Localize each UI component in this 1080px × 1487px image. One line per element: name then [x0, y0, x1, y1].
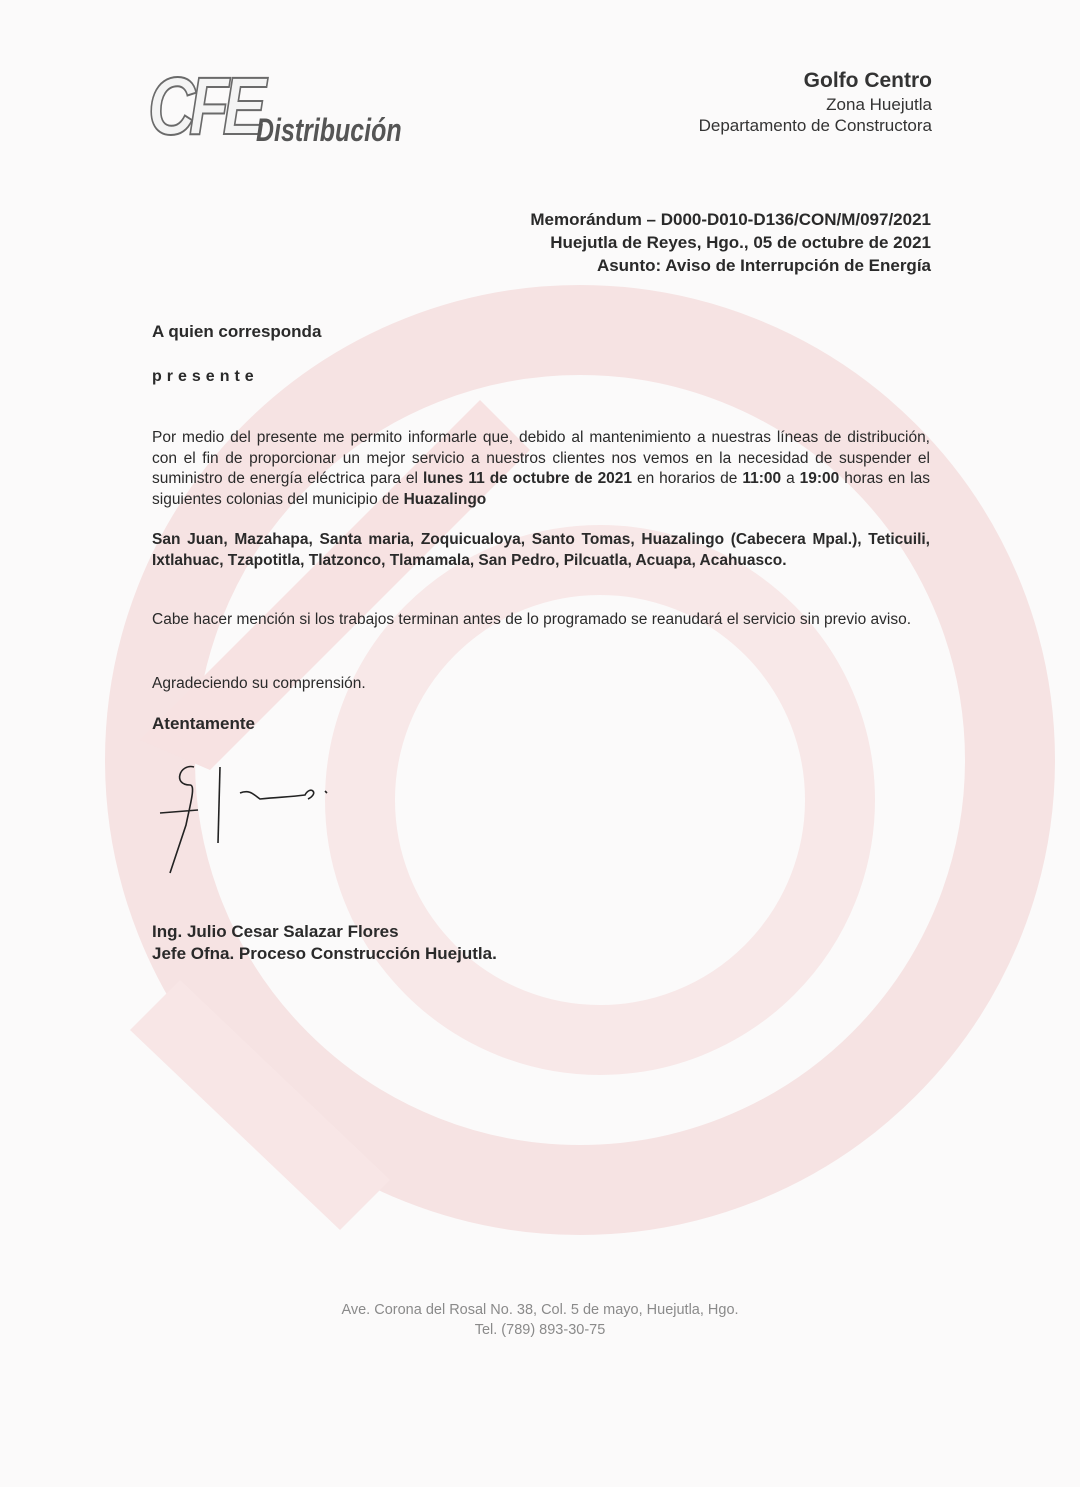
- paragraph-notice: Por medio del presente me permito inform…: [152, 428, 930, 510]
- zone-name: Zona Huejutla: [699, 94, 932, 115]
- signer-name: Ing. Julio Cesar Salazar Flores: [152, 921, 497, 943]
- footer-address: Ave. Corona del Rosal No. 38, Col. 5 de …: [0, 1300, 1080, 1320]
- outage-date: lunes 11 de octubre de 2021: [423, 470, 632, 487]
- closing: Atentamente: [152, 714, 255, 734]
- memo-subject: Asunto: Aviso de Interrupción de Energía: [530, 254, 931, 277]
- municipality: Huazalingo: [404, 491, 487, 508]
- start-time: 11:00: [742, 470, 781, 487]
- logo-cfe-text: CFE: [148, 66, 260, 148]
- salutation: presente: [152, 368, 259, 386]
- paragraph-thanks: Agradeciendo su comprensión.: [152, 674, 930, 695]
- paragraph-resume-note: Cabe hacer mención si los trabajos termi…: [152, 610, 930, 631]
- footer: Ave. Corona del Rosal No. 38, Col. 5 de …: [0, 1300, 1080, 1340]
- handwritten-signature: [150, 755, 410, 875]
- end-time: 19:00: [800, 470, 840, 487]
- notice-text: a: [781, 470, 800, 487]
- memo-place-date: Huejutla de Reyes, Hgo., 05 de octubre d…: [530, 231, 931, 254]
- signer-block: Ing. Julio Cesar Salazar Flores Jefe Ofn…: [152, 921, 497, 965]
- letterhead-info: Golfo Centro Zona Huejutla Departamento …: [699, 68, 932, 136]
- memo-header: Memorándum – D000-D010-D136/CON/M/097/20…: [530, 208, 931, 277]
- cfe-distribucion-logo: CFE Distribución: [148, 66, 398, 156]
- signer-title: Jefe Ofna. Proceso Construcción Huejutla…: [152, 943, 497, 965]
- paragraph-colonias: San Juan, Mazahapa, Santa maria, Zoquicu…: [152, 530, 930, 571]
- notice-text: en horarios de: [632, 470, 742, 487]
- addressee: A quien corresponda: [152, 322, 321, 342]
- footer-phone: Tel. (789) 893-30-75: [0, 1320, 1080, 1340]
- logo-subtitle: Distribución: [256, 112, 402, 149]
- memo-reference: Memorándum – D000-D010-D136/CON/M/097/20…: [530, 208, 931, 231]
- department-name: Departamento de Constructora: [699, 115, 932, 136]
- region-name: Golfo Centro: [699, 68, 932, 94]
